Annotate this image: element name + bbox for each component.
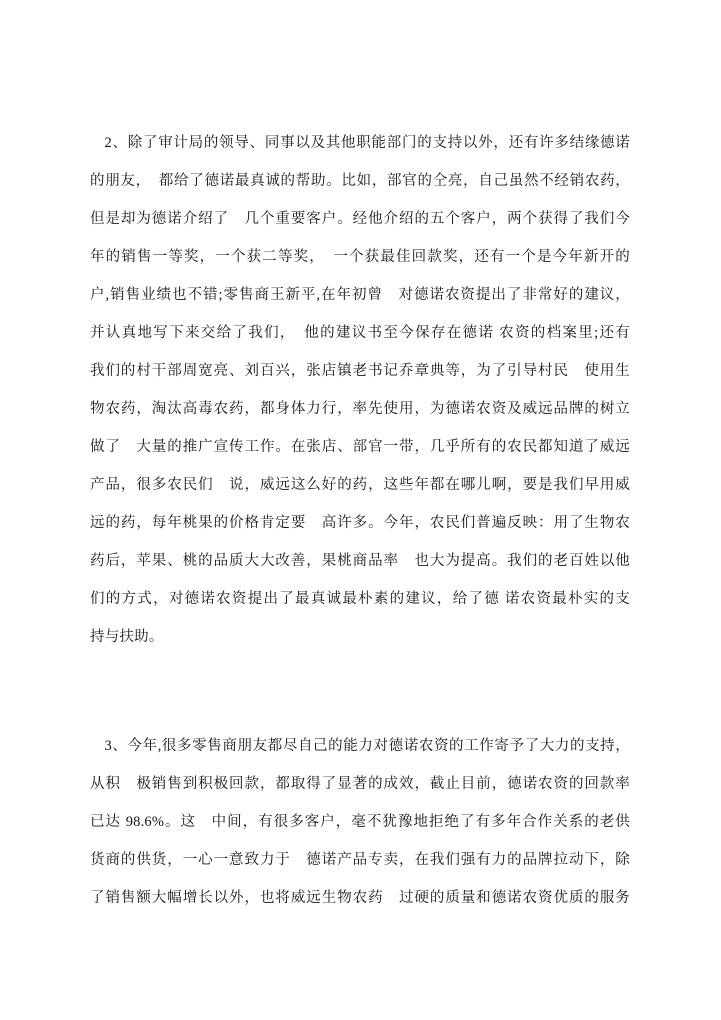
text-line: 物农药，淘汰高毒农药，都身体力行，率先使用，为德诺农资及威远品牌的树立 xyxy=(90,390,630,428)
text-line: 们的方式，对德诺农资提出了最真诚最朴素的建议，给了德 诺农资最朴实的支 xyxy=(90,580,630,618)
text-line: 已达 98.6%。这 中间，有很多客户，毫不犹豫地拒绝了有多年合作关系的老供 xyxy=(90,803,630,841)
text-line: 从积 极销售到积极回款，都取得了显著的成效，截止目前，德诺农资的回款率 xyxy=(90,765,630,803)
text-line: 货商的供货，一心一意致力于 德诺产品专卖，在我们强有力的品牌拉动下，除 xyxy=(90,841,630,879)
text-line: 但是却为德诺介绍了 几个重要客户。经他介绍的五个客户，两个获得了我们今 xyxy=(90,200,630,238)
paragraph: 2、除了审计局的领导、同事以及其他职能部门的支持以外，还有许多结缘德诺的朋友， … xyxy=(90,124,630,656)
document-page: 2、除了审计局的领导、同事以及其他职能部门的支持以外，还有许多结缘德诺的朋友， … xyxy=(0,0,721,1020)
paragraph: 3、今年,很多零售商朋友都尽自己的能力对德诺农资的工作寄予了大力的支持，从积 极… xyxy=(90,727,630,917)
text-line: 年的销售一等奖，一个获二等奖， 一个获最佳回款奖，还有一个是今年新开的 xyxy=(90,238,630,276)
text-line: 3、今年,很多零售商朋友都尽自己的能力对德诺农资的工作寄予了大力的支持， xyxy=(90,727,630,765)
text-line: 药后，苹果、桃的品质大大改善，果桃商品率 也大为提高。我们的老百姓以他 xyxy=(90,542,630,580)
text-line: 了销售额大幅增长以外，也将威远生物农药 过硬的质量和德诺农资优质的服务 xyxy=(90,879,630,917)
text-line: 远的药，每年桃果的价格肯定要 高许多。今年，农民们普遍反映：用了生物农 xyxy=(90,504,630,542)
text-line: 做了 大量的推广宣传工作。在张店、部官一带，几乎所有的农民都知道了威远 xyxy=(90,428,630,466)
text-line: 持与扶助。 xyxy=(90,618,630,656)
text-line: 户,销售业绩也不错;零售商王新平,在年初曾 对德诺农资提出了非常好的建议， xyxy=(90,276,630,314)
text-line: 并认真地写下来交给了我们， 他的建议书至今保存在德诺 农资的档案里;还有 xyxy=(90,314,630,352)
text-line: 的朋友， 都给了德诺最真诚的帮助。比如，部官的仝亮，自己虽然不经销农药， xyxy=(90,162,630,200)
text-line: 2、除了审计局的领导、同事以及其他职能部门的支持以外，还有许多结缘德诺 xyxy=(90,124,630,162)
text-line: 产品，很多农民们 说，威远这么好的药，这些年都在哪儿啊，要是我们早用威 xyxy=(90,466,630,504)
text-line: 我们的村干部周宽亮、刘百兴，张店镇老书记乔章典等，为了引导村民 使用生 xyxy=(90,352,630,390)
